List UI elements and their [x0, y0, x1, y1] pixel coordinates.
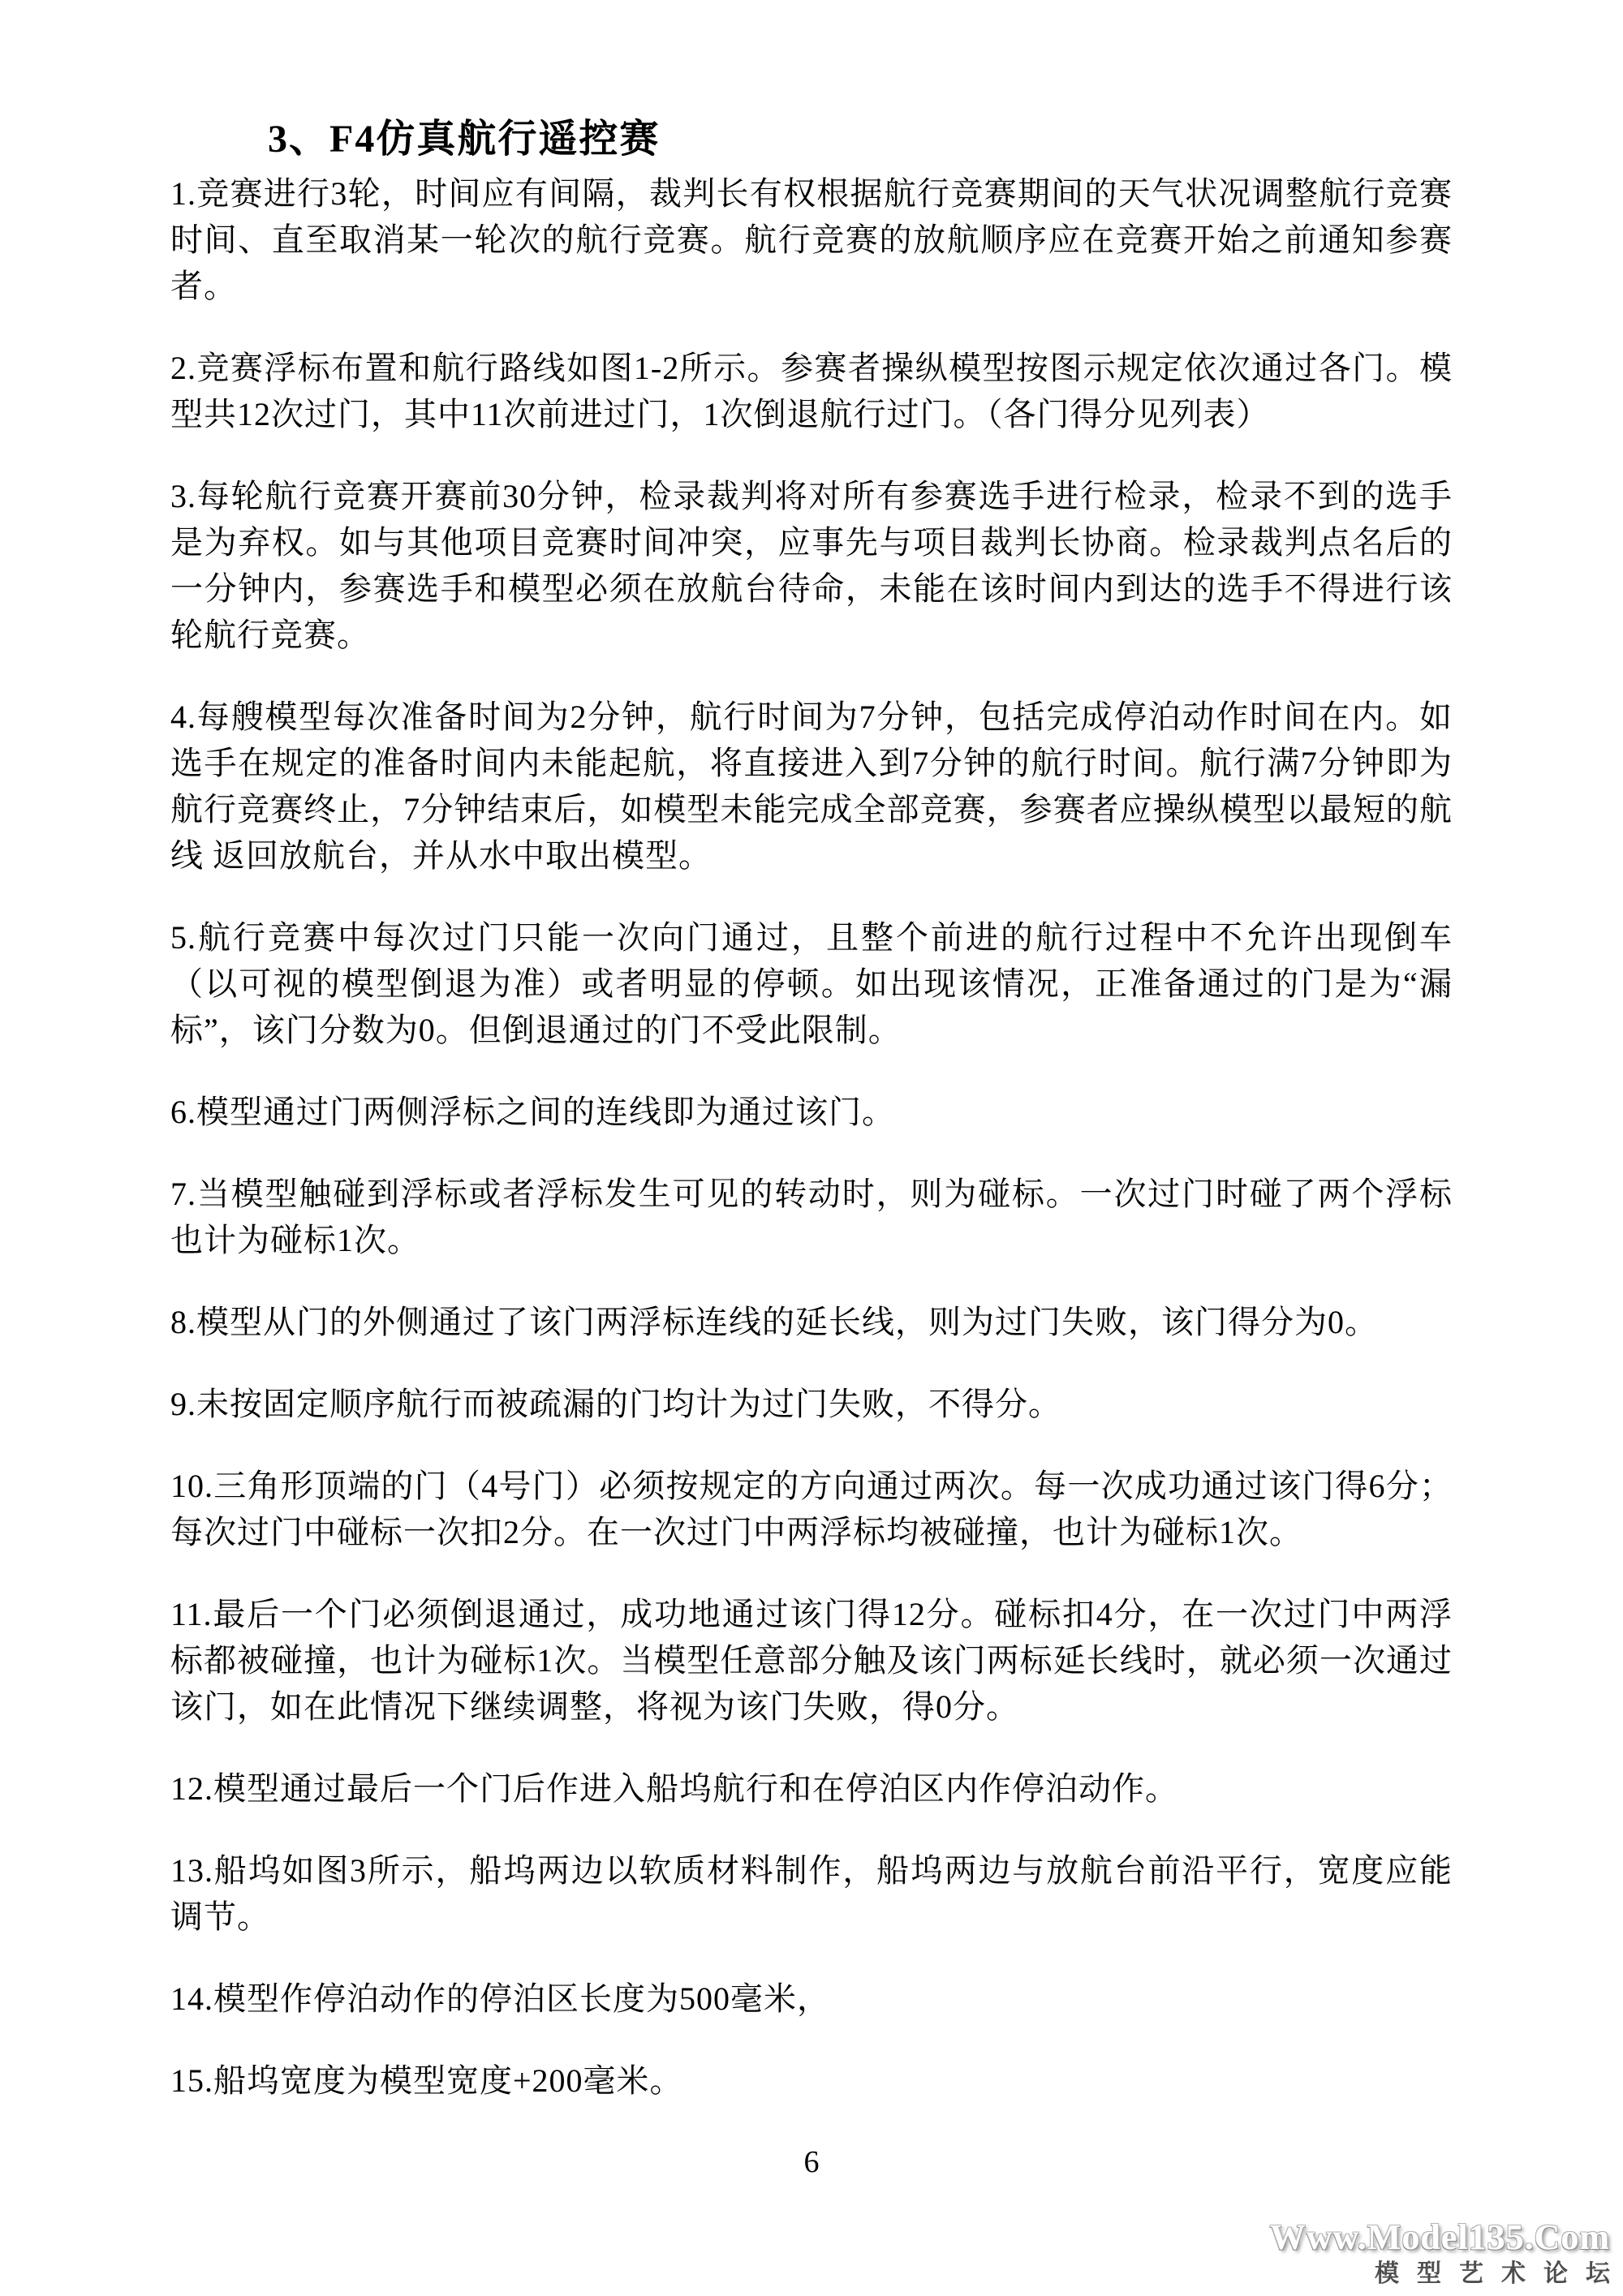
document-content: 3、F4仿真航行遥控赛 1.竞赛进行3轮，时间应有间隔，裁判长有权根据航行竞赛期… [170, 114, 1453, 2186]
rule-paragraph: 14.模型作停泊动作的停泊区长度为500毫米， [170, 1976, 1453, 2022]
watermark-site-url: Www.Model135.Com [1270, 2220, 1610, 2255]
rule-paragraph: 9.未按固定顺序航行而被疏漏的门均计为过门失败，不得分。 [170, 1381, 1453, 1427]
rule-paragraph: 13.船坞如图3所示，船坞两边以软质材料制作，船坞两边与放航台前沿平行，宽度应能… [170, 1847, 1453, 1940]
rule-paragraph-list: 1.竞赛进行3轮，时间应有间隔，裁判长有权根据航行竞赛期间的天气状况调整航行竞赛… [170, 170, 1453, 2104]
rule-paragraph: 11.最后一个门必须倒退通过，成功地通过该门得12分。碰标扣4分，在一次过门中两… [170, 1591, 1453, 1730]
rule-paragraph: 8.模型从门的外侧通过了该门两浮标连线的延长线，则为过门失败，该门得分为0。 [170, 1299, 1453, 1345]
rule-paragraph: 15.船坞宽度为模型宽度+200毫米。 [170, 2057, 1453, 2104]
rule-paragraph: 5.航行竞赛中每次过门只能一次向门通过，且整个前进的航行过程中不允许出现倒车（以… [170, 914, 1453, 1053]
rule-paragraph: 10.三角形顶端的门（4号门）必须按规定的方向通过两次。每一次成功通过该门得6分… [170, 1463, 1453, 1555]
document-page: { "page": { "title": "3、F4仿真航行遥控赛", "par… [0, 0, 1623, 2296]
watermark-forum-name: 模型艺术论坛 [1270, 2262, 1623, 2286]
watermark: Www.Model135.Com 模型艺术论坛 [1270, 2220, 1610, 2286]
rule-paragraph: 4.每艘模型每次准备时间为2分钟，航行时间为7分钟，包括完成停泊动作时间在内。如… [170, 694, 1453, 879]
rule-paragraph: 2.竞赛浮标布置和航行路线如图1-2所示。参赛者操纵模型按图示规定依次通过各门。… [170, 345, 1453, 437]
rule-paragraph: 12.模型通过最后一个门后作进入船坞航行和在停泊区内作停泊动作。 [170, 1765, 1453, 1812]
rule-paragraph: 1.竞赛进行3轮，时间应有间隔，裁判长有权根据航行竞赛期间的天气状况调整航行竞赛… [170, 170, 1453, 309]
rule-paragraph: 7.当模型触碰到浮标或者浮标发生可见的转动时，则为碰标。一次过门时碰了两个浮标也… [170, 1171, 1453, 1263]
rule-paragraph: 6.模型通过门两侧浮标之间的连线即为通过该门。 [170, 1089, 1453, 1135]
page-number: 6 [170, 2139, 1453, 2186]
section-title: 3、F4仿真航行遥控赛 [268, 114, 1453, 166]
rule-paragraph: 3.每轮航行竞赛开赛前30分钟，检录裁判将对所有参赛选手进行检录，检录不到的选手… [170, 473, 1453, 658]
